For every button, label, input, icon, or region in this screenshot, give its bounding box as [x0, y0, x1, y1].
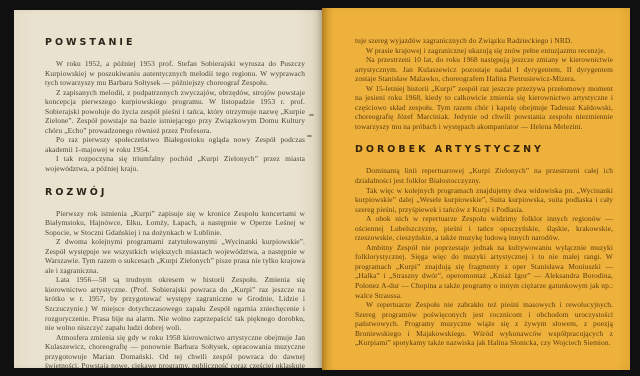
- section-powstanie: POWSTANIE W roku 1952, a później 1953 pr…: [45, 37, 305, 174]
- paragraph: Z dwoma kolejnymi programami zatytułowan…: [45, 237, 305, 275]
- paragraph: W prasie krajowej i zagranicznej ukazują…: [355, 46, 613, 56]
- section-heading-dorobek-artystyczny: DOROBEK ARTYSTYCZNY: [355, 144, 613, 155]
- section-rozwoj-continuation: tuje szereg wyjazdów zagranicznych do Zw…: [355, 36, 613, 131]
- paragraph: Atmosfera zmienia się gdy w roku 1958 ki…: [45, 333, 305, 368]
- section-dorobek-artystyczny: DOROBEK ARTYSTYCZNY Dominantą linii repe…: [355, 144, 613, 347]
- paragraph: Tak więc w kolejnych programach znajduje…: [355, 186, 613, 215]
- paragraph: Z zapisanych melodii, z podpatrzonych zw…: [45, 88, 305, 136]
- paragraph: Ambitny Zespół nie poprzestaje jednak na…: [355, 243, 613, 300]
- section-heading-rozwoj: ROZWÓJ: [45, 187, 305, 198]
- paragraph: Po raz pierwszy społeczeństwo Białegosto…: [45, 135, 305, 154]
- paragraph: Lata 1956—58 są trudnym okresem w histor…: [45, 275, 305, 332]
- paragraph: Pierwszy rok istnienia „Kurpi” zapisuje …: [45, 209, 305, 238]
- paragraph: I tak rozpoczyna się triumfalny pochód „…: [45, 154, 305, 173]
- paragraph: Dominantą linii repertuarowej „Kurpi Zie…: [355, 166, 613, 185]
- paragraph: W roku 1952, a później 1953 prof. Stefan…: [45, 59, 305, 88]
- section-rozwoj: ROZWÓJ Pierwszy rok istnienia „Kurpi” za…: [45, 187, 305, 368]
- paragraph: A obok nich w repertuarze Zespołu widzim…: [355, 214, 613, 243]
- right-page: tuje szereg wyjazdów zagranicznych do Zw…: [322, 8, 630, 370]
- scan-artifact-mark: [307, 135, 312, 137]
- booklet-spread-scan: { "colors":{ "background":"#101010", "le…: [0, 0, 640, 376]
- paragraph: Na przestrzeni 10 lat, do roku 1968 nast…: [355, 55, 613, 84]
- paragraph: W repertuarze Zespołu nie zabrakło też p…: [355, 300, 613, 348]
- paragraph-continuation: tuje szereg wyjazdów zagranicznych do Zw…: [355, 36, 613, 46]
- left-page: POWSTANIE W roku 1952, a później 1953 pr…: [14, 10, 322, 368]
- section-heading-powstanie: POWSTANIE: [45, 37, 305, 48]
- paragraph: W 15-letniej historii „Kurpi” zespół raz…: [355, 84, 613, 132]
- scan-artifact-mark: [309, 114, 314, 116]
